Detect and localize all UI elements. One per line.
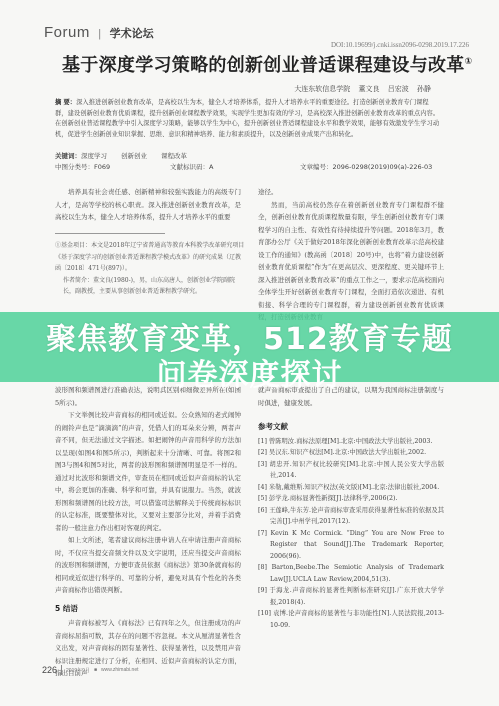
- reference-item: [9] 于海龙.声音商标的显著性判断标准研究[J].广东开放大学学报,2018(…: [258, 585, 444, 608]
- continued-text: 途径。: [258, 186, 444, 199]
- reference-item: [6] 王莲峰,牛东芳.论声音商标审查采用获得显著性标准的依据及其完善[J].中…: [258, 505, 444, 528]
- bullet-icon: ■: [94, 667, 97, 673]
- footnotes: ①基金项目：本文是2018年辽宁省普通高等教育本科教学改革研究项目《基于深度学习…: [55, 240, 245, 298]
- keywords-row: 关键词： 深度学习 创新创业 课程改革: [55, 151, 450, 162]
- title-footnote-marker: ①: [465, 57, 473, 67]
- header-separator: |: [98, 28, 101, 40]
- reference-item: [8] Barton,Beebe.The Semiotic Analysis o…: [258, 562, 444, 585]
- keyword: 创新创业: [121, 151, 147, 162]
- footer-divider: [61, 665, 62, 675]
- site-url: www.zhimabi.net: [101, 667, 139, 673]
- fund-label: ①基金项目：: [55, 242, 91, 249]
- article-title: 基于深度学习策略的创新创业普适课程建设与改革①: [62, 51, 473, 77]
- references-list: [1] 曾陈明汝.商标法原理[M].北京:中国政法大学出版社,2003. [2]…: [258, 436, 444, 632]
- reference-item: [3] 胡忠开.知识产权比较研究[M].北京:中国人民公安大学出版社,2014.: [258, 459, 444, 482]
- abstract-text: 深入推进创新创业教育改革，是高校以生为本，健全人才培养体系，提升人才培养水平的重…: [55, 99, 439, 138]
- abstract-label: 摘 要：: [55, 99, 76, 106]
- reference-item: [2] 吴汉东.知识产权法[M].北京:中国政法大学出版社,2002.: [258, 447, 444, 459]
- body-paragraph: 然而，当前高校仍然存在着创新创业教育专门课程群不健全，创新创业教育优质课程数量有…: [258, 199, 444, 324]
- reference-item: [7] Kevin K Mc Cormick. “Ding” You are N…: [258, 528, 444, 563]
- keyword: 课程改革: [161, 151, 187, 162]
- page-number: 226: [42, 665, 57, 675]
- banner-headline-line2: 问卷深度探讨: [0, 358, 499, 394]
- left-column-intro: 培养具有社会责任感、创新精神和较强实践能力的高级专门人才，是高等学校的核心职责。…: [55, 186, 241, 224]
- body-paragraph: 如上文所述，笔者建议商标注册申请人在申请注册声音商标时，不仅应当提交音频文件以及…: [55, 534, 241, 597]
- journal-name: Forum: [44, 24, 90, 41]
- references-heading: 参考文献: [258, 421, 444, 434]
- footnote-divider: [55, 233, 165, 234]
- reference-item: [4] 米勒,戴维斯.知识产权法(英文版)[M].北京:法律出版社,2004.: [258, 482, 444, 494]
- section-heading: 5 结语: [55, 603, 241, 616]
- right-column-body: 就声音商标审查提出了自己的建议，以期为我国商标注册制度与时俱进，健康发展。 参考…: [258, 384, 444, 631]
- article-authors: 大连东软信息学院 董文良 吕宏波 孙静: [294, 84, 431, 94]
- clc-label: 中图分类号：: [55, 163, 94, 171]
- clc-value: F069: [94, 163, 110, 171]
- keyword: 深度学习: [81, 151, 107, 162]
- article-title-text: 基于深度学习策略的创新创业普适课程建设与改革: [62, 55, 465, 76]
- issue-date: 2019年9月: [66, 667, 90, 674]
- page-footer: 226 2019年9月 ■ www.zhimabi.net: [42, 665, 138, 675]
- reference-item: [10] 袁博.论声音商标的显著性与非功能性[N].人民法院报,2013-10-…: [258, 608, 444, 631]
- intro-paragraph: 培养具有社会责任感、创新精神和较强实践能力的高级专门人才，是高等学校的核心职责。…: [55, 186, 241, 224]
- keywords-label: 关键词：: [55, 151, 81, 162]
- article-no-label: 文章编号：: [300, 163, 333, 171]
- banner-headline-line1: 聚焦教育变革，512教育专题: [0, 322, 499, 358]
- classification-row: 中图分类号：F069 文献标识码：A 文章编号：2096-0298(2019)0…: [55, 162, 450, 173]
- article-no-value: 2096-0298(2019)09(a)-226-03: [333, 163, 433, 171]
- journal-header: Forum | 学术论坛: [44, 24, 154, 42]
- article-meta: 关键词： 深度学习 创新创业 课程改革 中图分类号：F069 文献标识码：A 文…: [55, 151, 450, 173]
- doc-code-label: 文献标识码：: [170, 163, 209, 171]
- right-column-intro: 途径。 然而，当前高校仍然存在着创新创业教育专门课程群不健全，创新创业教育优质课…: [258, 186, 444, 324]
- abstract-block: 摘 要：深入推进创新创业教育改革，是高校以生为本，健全人才培养体系，提升人才培养…: [55, 98, 440, 140]
- doi-text: DOI:10.19699/j.cnki.issn2096-0298.2019.1…: [331, 41, 469, 49]
- author-bio-label: 作者简介：: [63, 277, 93, 284]
- journal-section: 学术论坛: [110, 28, 154, 40]
- reference-item: [1] 曾陈明汝.商标法原理[M].北京:中国政法大学出版社,2003.: [258, 436, 444, 448]
- body-paragraph: 下文举例比较声音商标的相同或近似。公众熟知的老式闹钟的闹铃声也是“滴滴滴”的声音…: [55, 409, 241, 534]
- reference-item: [5] 彭学龙.商标显著性新探[J].法律科学,2006(2).: [258, 493, 444, 505]
- left-column-body: 波形图和频谱图进行准确表达，说明其区别和细微差异所在(如图5所示)。 下文举例比…: [55, 384, 241, 680]
- doc-code-value: A: [209, 163, 213, 171]
